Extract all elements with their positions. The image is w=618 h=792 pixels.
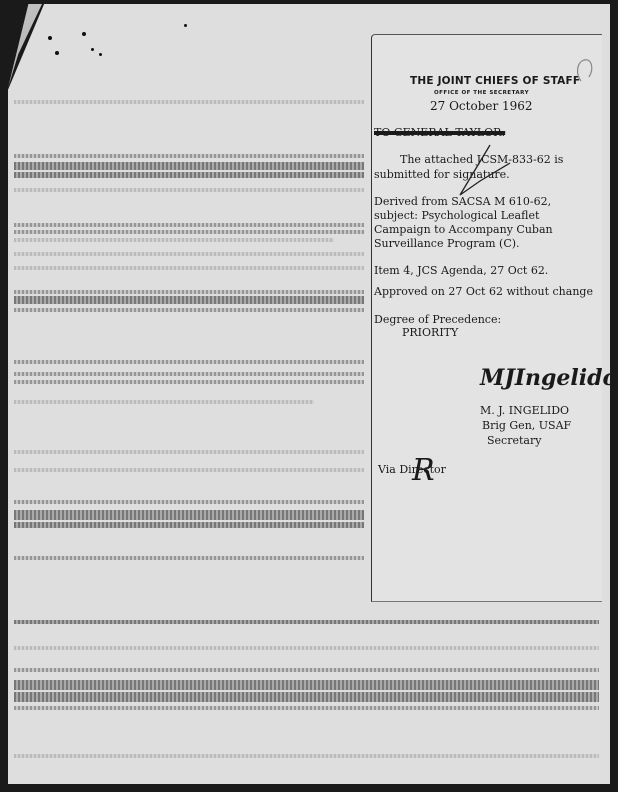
paper-clip-mark-icon bbox=[575, 57, 595, 83]
punch-mark bbox=[99, 53, 102, 56]
org-title: THE JOINT CHIEFS OF STAFF bbox=[410, 75, 580, 87]
handwritten-signature: MJIngelido bbox=[480, 365, 617, 391]
precedence-value: PRIORITY bbox=[402, 326, 458, 339]
agenda-item: Item 4, JCS Agenda, 27 Oct 62. bbox=[374, 264, 548, 277]
approval-note: Approved on 27 Oct 62 without change bbox=[374, 285, 593, 298]
para2-line4: Surveillance Program (C). bbox=[374, 237, 520, 250]
checkmark-annotation-icon bbox=[452, 143, 512, 203]
punch-mark bbox=[91, 48, 94, 51]
precedence-label: Degree of Precedence: bbox=[374, 313, 501, 326]
office-subtitle: OFFICE OF THE SECRETARY bbox=[434, 90, 529, 96]
para2-line3: Campaign to Accompany Cuban bbox=[374, 223, 553, 236]
punch-mark bbox=[184, 24, 187, 27]
punch-mark bbox=[48, 36, 52, 40]
para2-line2: subject: Psychological Leaflet bbox=[374, 209, 539, 222]
punch-mark bbox=[55, 51, 59, 55]
memo-date: 27 October 1962 bbox=[430, 99, 533, 113]
struck-addressee: TO GENERAL TAYLOR: bbox=[374, 126, 505, 139]
memo-slip: THE JOINT CHIEFS OF STAFF OFFICE OF THE … bbox=[371, 34, 602, 602]
signer-title: Secretary bbox=[487, 434, 541, 447]
signer-name: M. J. INGELIDO bbox=[480, 404, 569, 417]
para2-line1: Derived from SACSA M 610-62, bbox=[374, 195, 551, 208]
punch-mark bbox=[82, 32, 86, 36]
signer-rank: Brig Gen, USAF bbox=[482, 419, 571, 432]
handwritten-initial: R bbox=[412, 453, 435, 488]
